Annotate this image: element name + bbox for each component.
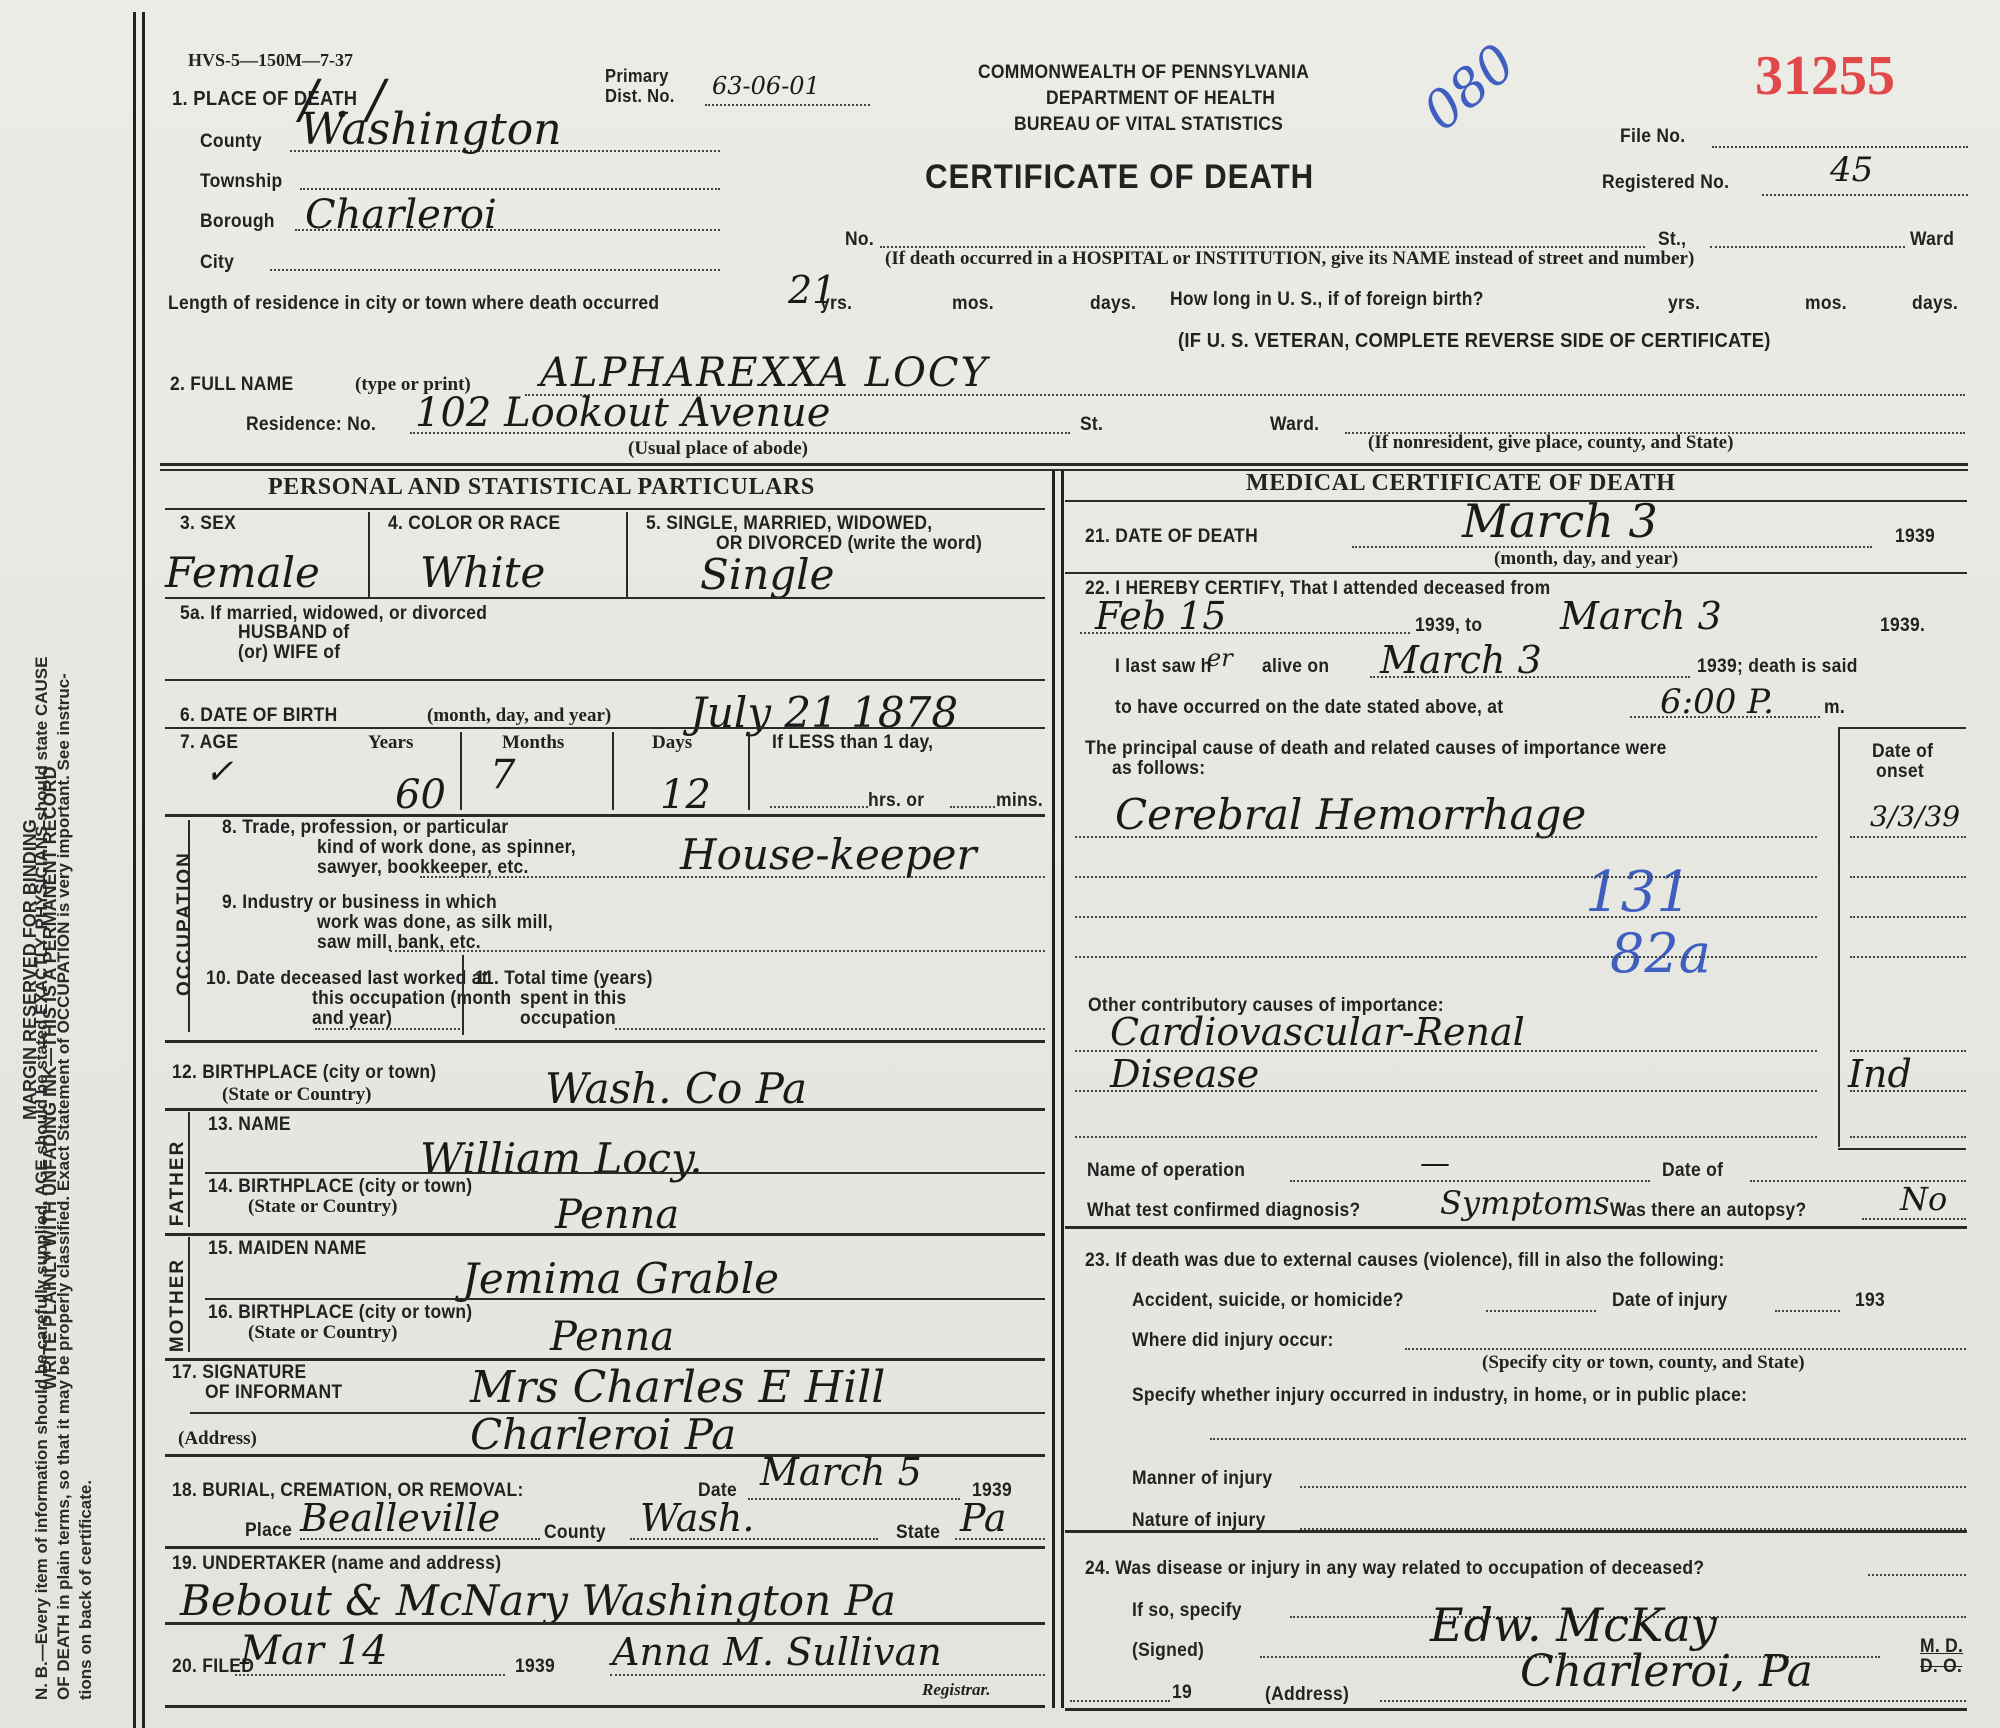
undertaker-value: Bebout & McNary Washington Pa <box>180 1576 896 1625</box>
occupational-label: 24. Was disease or injury in any way rel… <box>1085 1558 1704 1580</box>
file-no-label: File No. <box>1620 126 1685 148</box>
nonresident-note: (If nonresident, give place, county, and… <box>1368 432 1733 454</box>
last-saw-year: 1939; death is said <box>1697 656 1858 678</box>
full-name-label: 2. FULL NAME <box>170 374 293 396</box>
signed-label: (Signed) <box>1132 1640 1204 1662</box>
year-19-label: 19 <box>1172 1682 1192 1704</box>
birthplace-value: Wash. Co Pa <box>545 1064 807 1113</box>
informant-label-1: 17. SIGNATURE <box>172 1362 306 1384</box>
death-certificate: N. B.—Every item of information should b… <box>0 0 2000 1728</box>
cause-value: Cerebral Hemorrhage <box>1115 790 1586 839</box>
age-years-label: Years <box>368 732 413 754</box>
cause-label-2: as follows: <box>1112 758 1205 780</box>
onset-label-1: Date of <box>1872 741 1933 763</box>
sex-label: 3. SEX <box>180 513 236 535</box>
personal-section-title: PERSONAL AND STATISTICAL PARTICULARS <box>268 474 815 501</box>
header-bureau: BUREAU OF VITAL STATISTICS <box>1014 114 1283 136</box>
test-label: What test confirmed diagnosis? <box>1087 1200 1360 1222</box>
father-birthplace-value: Penna <box>555 1192 679 1238</box>
filed-year: 1939 <box>515 1656 555 1678</box>
form-code: HVS-5—150M—7-37 <box>188 50 353 71</box>
sex-value: Female <box>165 548 320 597</box>
marital-label-1: 5. SINGLE, MARRIED, WIDOWED, <box>646 513 932 535</box>
physician-address-label: (Address) <box>1265 1684 1349 1706</box>
ward-label: Ward <box>1910 229 1954 251</box>
burial-place-label: Place <box>245 1520 292 1542</box>
residence-yrs-unit: yrs. <box>820 293 852 315</box>
filed-value: Mar 14 <box>240 1628 388 1674</box>
borough-label: Borough <box>200 211 275 233</box>
operation-value: — <box>1420 1146 1450 1181</box>
mother-birthplace-label-1: 16. BIRTHPLACE (city or town) <box>208 1302 472 1324</box>
marital-value: Single <box>700 550 834 599</box>
county-label: County <box>200 131 262 153</box>
hospital-note: (If death occurred in a HOSPITAL or INST… <box>885 248 1694 270</box>
informant-label-2: OF INFORMANT <box>205 1382 342 1404</box>
age-days-label: Days <box>652 732 692 754</box>
age-hrs-label: hrs. or <box>868 790 924 812</box>
burial-county-label: County <box>544 1522 606 1544</box>
where-injury-label: Where did injury occur: <box>1132 1330 1334 1352</box>
nature-injury-label: Nature of injury <box>1132 1510 1266 1532</box>
age-days-value: 12 <box>660 772 711 818</box>
residence-days-unit: days. <box>1090 293 1136 315</box>
registered-no-value: 45 <box>1830 150 1873 190</box>
county-value: Washington <box>300 104 562 155</box>
industry-label-1: 9. Industry or business in which <box>222 892 497 914</box>
if-so-label: If so, specify <box>1132 1600 1242 1622</box>
father-birthplace-label-1: 14. BIRTHPLACE (city or town) <box>208 1176 472 1198</box>
age-less-label: If LESS than 1 day, <box>772 732 933 754</box>
age-years-value: 60 <box>395 772 446 818</box>
last-saw-value: March 3 <box>1380 638 1542 682</box>
operation-date-label: Date of <box>1662 1160 1723 1182</box>
where-injury-hint: (Specify city or town, county, and State… <box>1482 1352 1805 1374</box>
lastworked-label-3: and year) <box>312 1008 392 1030</box>
margin-nb-line3: tions on back of certificate. <box>76 1480 96 1700</box>
race-value: White <box>420 548 545 597</box>
residence-st-label: St. <box>1080 414 1103 436</box>
totaltime-label-2: spent in this <box>520 988 627 1010</box>
do-label: D. O. <box>1920 1656 1962 1678</box>
burial-state-value: Pa <box>960 1496 1007 1540</box>
operation-label: Name of operation <box>1087 1160 1245 1182</box>
residence-length-label: Length of residence in city or town wher… <box>168 293 659 315</box>
external-causes-label: 23. If death was due to external causes … <box>1085 1250 1725 1272</box>
father-vertical-label: FATHER <box>167 1123 189 1243</box>
time-m-label: m. <box>1824 697 1845 719</box>
totaltime-label-1: 11. Total time (years) <box>475 968 653 990</box>
md-label: M. D. <box>1920 1636 1963 1658</box>
header-commonwealth: COMMONWEALTH OF PENNSYLVANIA <box>978 62 1309 84</box>
medical-section-title: MEDICAL CERTIFICATE OF DEATH <box>1246 470 1676 497</box>
physician-signature: Edw. McKay <box>1430 1598 1717 1652</box>
birthplace-label-2: (State or Country) <box>222 1084 372 1106</box>
informant-address-label: (Address) <box>178 1428 257 1450</box>
date-of-death-label: 21. DATE OF DEATH <box>1085 526 1258 548</box>
residence-ward-label: Ward. <box>1270 414 1319 436</box>
registered-no-label: Registered No. <box>1602 172 1729 194</box>
foreign-birth-label: How long in U. S., if of foreign birth? <box>1170 289 1484 311</box>
trade-value: House-keeper <box>680 830 977 879</box>
residence-mos-unit: mos. <box>952 293 994 315</box>
cause-code-82a: 82a <box>1610 922 1711 985</box>
header-department: DEPARTMENT OF HEALTH <box>1046 88 1275 110</box>
mother-name-value: Jemima Grable <box>462 1254 779 1303</box>
registrar-label: Registrar. <box>922 1680 991 1700</box>
binding-line <box>133 12 145 1728</box>
last-saw-pronoun: er <box>1207 644 1233 672</box>
mother-birthplace-value: Penna <box>550 1314 674 1360</box>
dob-hint: (month, day, and year) <box>427 705 611 727</box>
occurred-label: to have occurred on the date stated abov… <box>1115 697 1503 719</box>
test-value: Symptoms <box>1440 1184 1610 1222</box>
age-check-mark: ✓ <box>205 752 234 792</box>
residence-label: Residence: No. <box>246 414 376 436</box>
birthplace-label-1: 12. BIRTHPLACE (city or town) <box>172 1062 436 1084</box>
age-months-value: 7 <box>490 752 515 798</box>
father-birthplace-label-2: (State or Country) <box>248 1196 398 1218</box>
totaltime-label-3: occupation <box>520 1008 616 1030</box>
residence-value: 102 Lookout Avenue <box>415 390 830 436</box>
column-divider <box>1052 470 1064 1708</box>
page-title: CERTIFICATE OF DEATH <box>925 158 1314 197</box>
burial-place-value: Bealleville <box>300 1496 500 1540</box>
margin-reserved: MARGIN RESERVED FOR BINDING <box>20 819 41 1120</box>
borough-value: Charleroi <box>305 192 497 238</box>
township-label: Township <box>200 171 282 193</box>
blue-annotation: 080 <box>1412 33 1527 143</box>
date-of-death-hint: (month, day, and year) <box>1494 548 1678 570</box>
foreign-yrs-unit: yrs. <box>1668 293 1700 315</box>
undertaker-label: 19. UNDERTAKER (name and address) <box>172 1553 501 1575</box>
veteran-note: (IF U. S. VETERAN, COMPLETE REVERSE SIDE… <box>1178 330 1771 353</box>
dob-value: July 21 1878 <box>690 688 958 737</box>
date-of-death-year: 1939 <box>1895 526 1935 548</box>
burial-date-value: March 5 <box>760 1450 922 1494</box>
mother-birthplace-label-2: (State or Country) <box>248 1322 398 1344</box>
dist-no-label: Dist. No. <box>605 86 675 107</box>
contributory-value-1: Cardiovascular-Renal <box>1110 1010 1525 1054</box>
injury-year: 193 <box>1855 1290 1885 1312</box>
lastworked-label-2: this occupation (month <box>312 988 511 1010</box>
mother-name-label: 15. MAIDEN NAME <box>208 1238 367 1260</box>
manner-injury-label: Manner of injury <box>1132 1468 1272 1490</box>
attended-from-value: Feb 15 <box>1095 594 1227 638</box>
father-name-label: 13. NAME <box>208 1114 291 1136</box>
informant-address-value: Charleroi Pa <box>470 1410 736 1459</box>
attended-to-year: 1939. <box>1880 615 1925 637</box>
spouse-label-2: HUSBAND of <box>238 622 350 644</box>
stamp-number: 31255 <box>1755 44 1895 108</box>
foreign-mos-unit: mos. <box>1805 293 1847 315</box>
registrar-signature: Anna M. Sullivan <box>612 1630 942 1674</box>
abode-note: (Usual place of abode) <box>628 438 808 460</box>
attended-to-value: March 3 <box>1560 594 1722 638</box>
age-label: 7. AGE <box>180 732 238 754</box>
injury-date-label: Date of injury <box>1612 1290 1728 1312</box>
margin-write-plainly: WRITE PLAINLY WITH UNFADING INK—THIS IS … <box>40 766 61 1390</box>
autopsy-label: Was there an autopsy? <box>1610 1200 1807 1222</box>
age-months-label: Months <box>502 732 564 754</box>
accident-label: Accident, suicide, or homicide? <box>1132 1290 1404 1312</box>
mother-vertical-label: MOTHER <box>167 1245 189 1365</box>
last-saw-label: I last saw h <box>1115 656 1212 678</box>
cause-label-1: The principal cause of death and related… <box>1085 738 1667 760</box>
race-label: 4. COLOR OR RACE <box>388 513 560 535</box>
onset-label-2: onset <box>1876 761 1924 783</box>
informant-value: Mrs Charles E Hill <box>470 1362 885 1413</box>
attended-from-year: 1939, to <box>1415 615 1482 637</box>
primary-label: Primary <box>605 66 669 87</box>
dob-label: 6. DATE OF BIRTH <box>180 705 338 727</box>
industry-label-2: work was done, as silk mill, <box>317 912 553 934</box>
physician-address-value: Charleroi, Pa <box>1520 1646 1813 1697</box>
age-mins-label: mins. <box>996 790 1043 812</box>
spouse-label-3: (or) WIFE of <box>238 642 340 664</box>
time-of-death-value: 6:00 P. <box>1660 682 1774 722</box>
cause-onset-value: 3/3/39 <box>1870 800 1960 833</box>
date-of-death-value: March 3 <box>1462 494 1658 548</box>
primary-dist-value: 63-06-01 <box>712 72 820 100</box>
autopsy-value: No <box>1900 1180 1947 1218</box>
occupation-vertical-label: OCCUPATION <box>174 866 196 996</box>
lastworked-label-1: 10. Date deceased last worked at <box>206 968 488 990</box>
specify-injury-label: Specify whether injury occurred in indus… <box>1132 1385 1747 1407</box>
city-label: City <box>200 252 234 274</box>
foreign-days-unit: days. <box>1912 293 1958 315</box>
trade-label-2: kind of work done, as spinner, <box>317 837 576 859</box>
burial-county-value: Wash. <box>640 1496 754 1540</box>
street-no-label: No. <box>845 229 874 251</box>
trade-label-1: 8. Trade, profession, or particular <box>222 817 509 839</box>
burial-state-label: State <box>896 1522 940 1544</box>
alive-on-label: alive on <box>1262 656 1329 678</box>
